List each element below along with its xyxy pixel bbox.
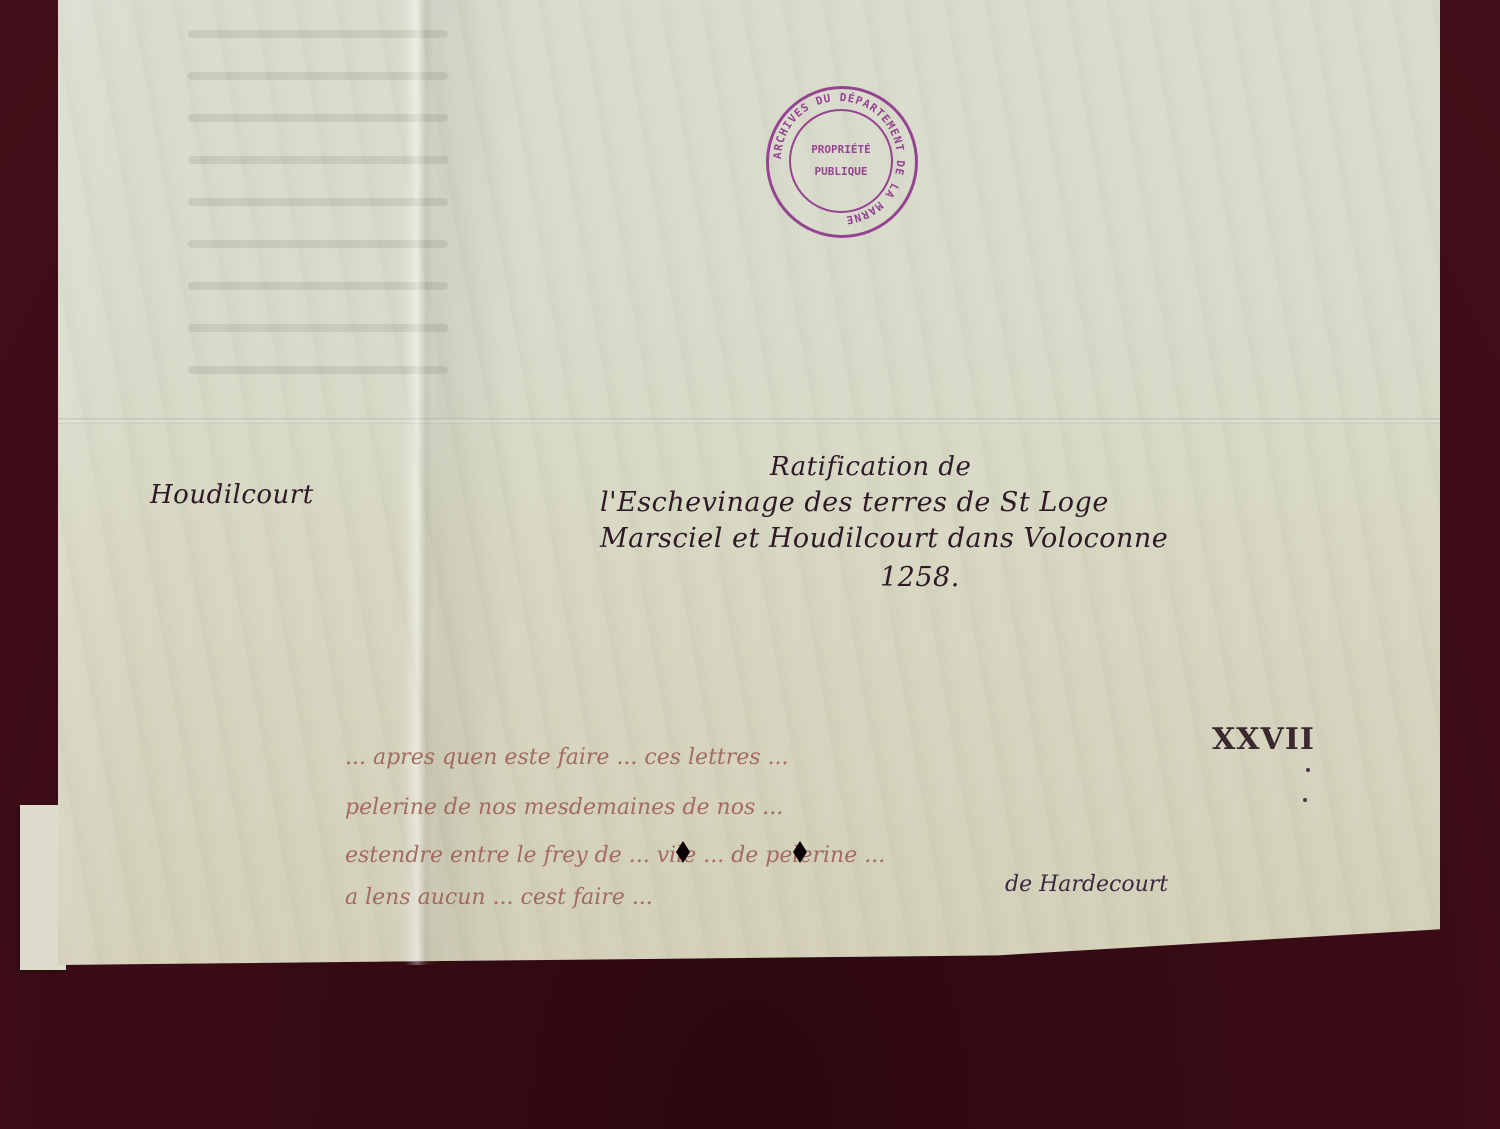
stamp-center: PROPRIÉTÉ PUBLIQUE <box>789 109 893 213</box>
roman-numeral: XXVII <box>1212 722 1315 757</box>
faded-text-line-2: pelerine de nos mesdemaines de nos ... <box>345 795 783 820</box>
docket-year: 1258. <box>880 562 960 593</box>
stamp-center-line-1: PROPRIÉTÉ <box>811 139 871 161</box>
docket-line-3: Marsciel et Houdilcourt dans Voloconne <box>600 523 1168 554</box>
margin-note: Houdilcourt <box>150 480 314 510</box>
archive-stamp: ARCHIVES DU DÉPARTEMENT DE LA MARNE PROP… <box>766 86 918 238</box>
vertical-fold-line <box>405 0 435 965</box>
stamp-center-line-2: PUBLIQUE <box>815 161 868 183</box>
ink-speck <box>1303 798 1307 802</box>
faded-text-line-4: a lens aucun ... cest faire ... <box>345 885 653 910</box>
faded-text-line-1: ... apres quen este faire ... ces lettre… <box>345 745 789 770</box>
signature: de Hardecourt <box>1005 872 1168 897</box>
horizontal-fold-line <box>58 418 1440 424</box>
ink-speck <box>1306 768 1310 772</box>
docket-line-2: l'Eschevinage des terres de St Loge <box>600 487 1109 518</box>
docket-line-1: Ratification de <box>770 452 971 482</box>
